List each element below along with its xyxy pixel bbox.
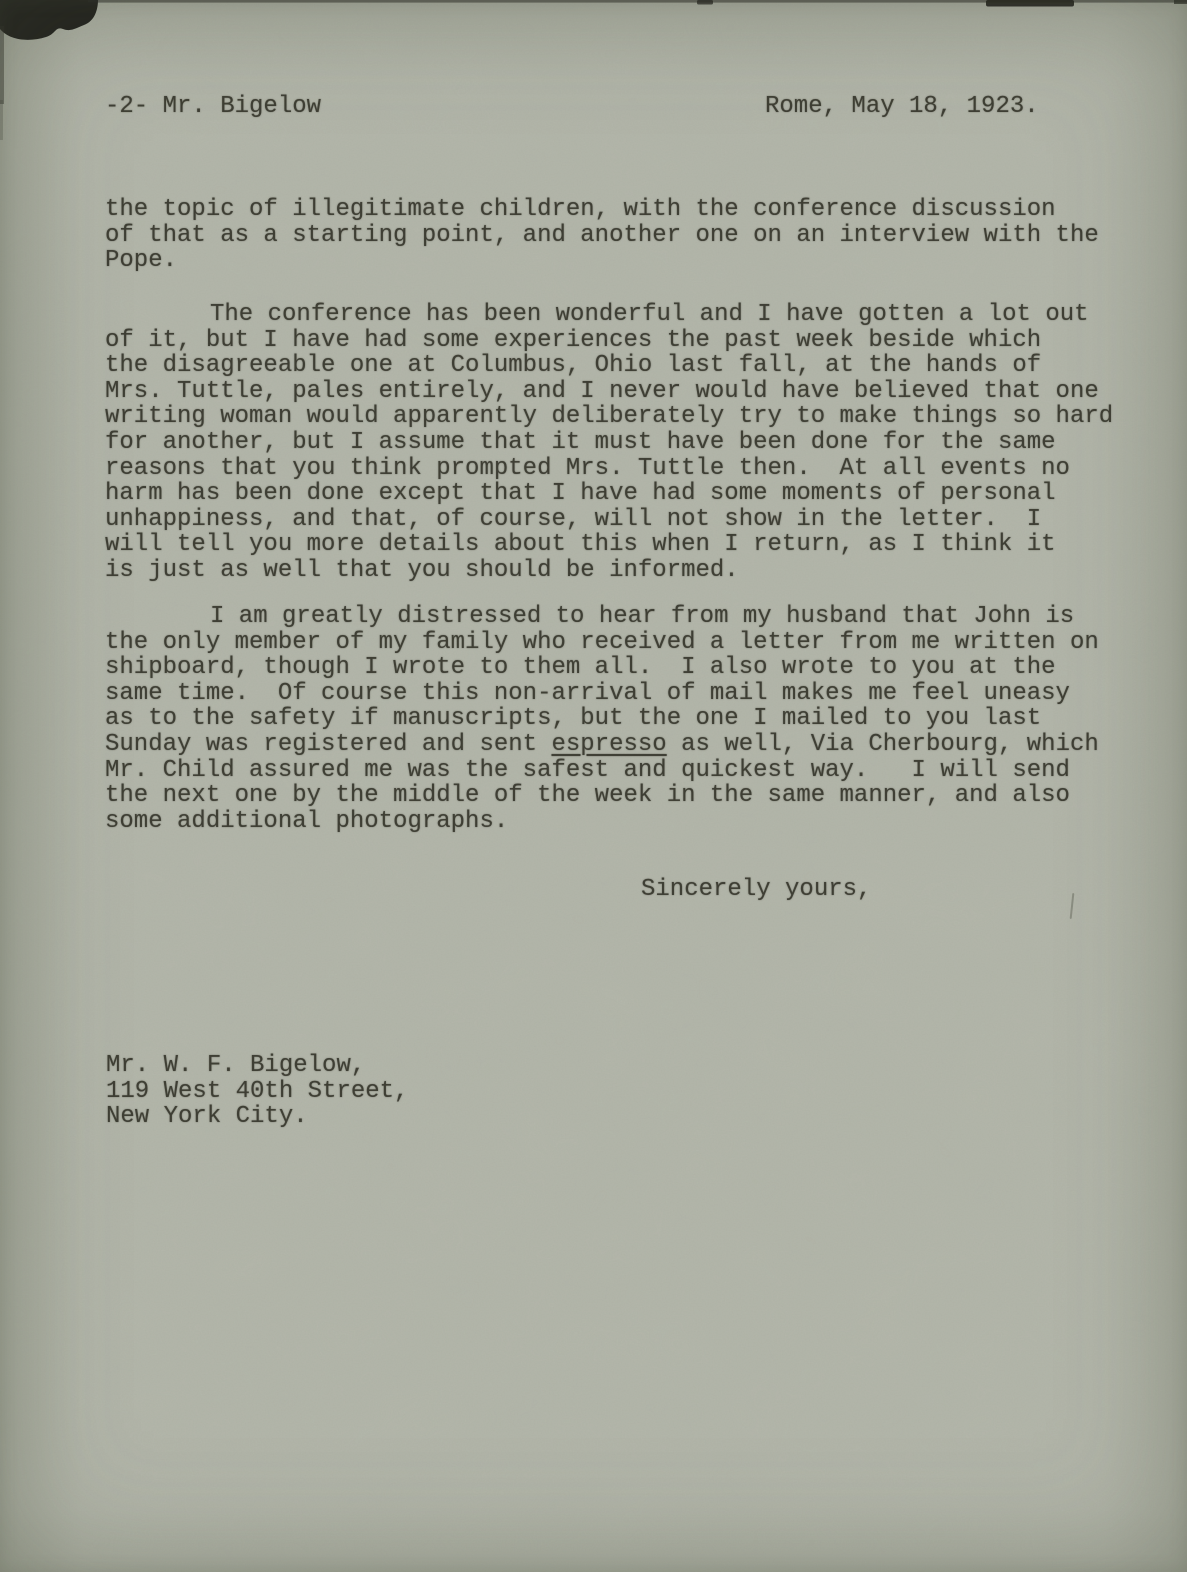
address-line: 119 West 40th Street,	[106, 1079, 408, 1105]
letter-line: shipboard, though I wrote to them all. I…	[105, 655, 1175, 681]
letter-line: Sunday was registered and sent espresso …	[105, 732, 1175, 758]
letter-line: same time. Of course this non-arrival of…	[105, 681, 1175, 707]
letter-line: reasons that you think prompted Mrs. Tut…	[105, 456, 1175, 482]
underlined-word: espresso	[551, 731, 666, 758]
page-number-and-recipient: -2- Mr. Bigelow	[105, 94, 321, 120]
letter-header: -2- Mr. Bigelow Rome, May 18, 1923.	[0, 94, 1187, 196]
letter-line: for another, but I assume that it must h…	[105, 430, 1175, 456]
letter-line: is just as well that you should be infor…	[105, 558, 1175, 584]
closing-salutation: Sincerely yours,	[641, 877, 871, 903]
letter-line: the topic of illegitimate children, with…	[105, 197, 1175, 223]
address-line: Mr. W. F. Bigelow,	[106, 1053, 408, 1079]
letter-page: -2- Mr. Bigelow Rome, May 18, 1923. the …	[0, 0, 1187, 1572]
paragraph: The conference has been wonderful and I …	[105, 302, 1175, 584]
letter-line: Mrs. Tuttle, pales entirely, and I never…	[105, 379, 1175, 405]
letter-line: harm has been done except that I have ha…	[105, 481, 1175, 507]
dateline: Rome, May 18, 1923.	[765, 94, 1039, 120]
letter-line: the next one by the middle of the week i…	[105, 783, 1175, 809]
letter-line: Mr. Child assured me was the safest and …	[105, 758, 1175, 784]
letter-line: writing woman would apparently deliberat…	[105, 404, 1175, 430]
letter-line: unhappiness, and that, of course, will n…	[105, 507, 1175, 533]
recipient-address-block: Mr. W. F. Bigelow,119 West 40th Street,N…	[106, 1053, 408, 1130]
address-line: New York City.	[106, 1104, 408, 1130]
letter-line: I am greatly distressed to hear from my …	[105, 604, 1175, 630]
letter-line: some additional photographs.	[105, 809, 1175, 835]
paragraph: I am greatly distressed to hear from my …	[105, 604, 1175, 834]
letter-line: the disagreeable one at Columbus, Ohio l…	[105, 353, 1175, 379]
paper-crease-mark	[1070, 893, 1075, 919]
paragraph: the topic of illegitimate children, with…	[105, 197, 1175, 274]
letter-line: of that as a starting point, and another…	[105, 223, 1175, 249]
letter-line: the only member of my family who receive…	[105, 630, 1175, 656]
letter-line: Pope.	[105, 248, 1175, 274]
letter-line: of it, but I have had some experiences t…	[105, 328, 1175, 354]
letter-line: will tell you more details about this wh…	[105, 532, 1175, 558]
letter-line: as to the safety if manuscripts, but the…	[105, 706, 1175, 732]
letter-line: The conference has been wonderful and I …	[105, 302, 1175, 328]
